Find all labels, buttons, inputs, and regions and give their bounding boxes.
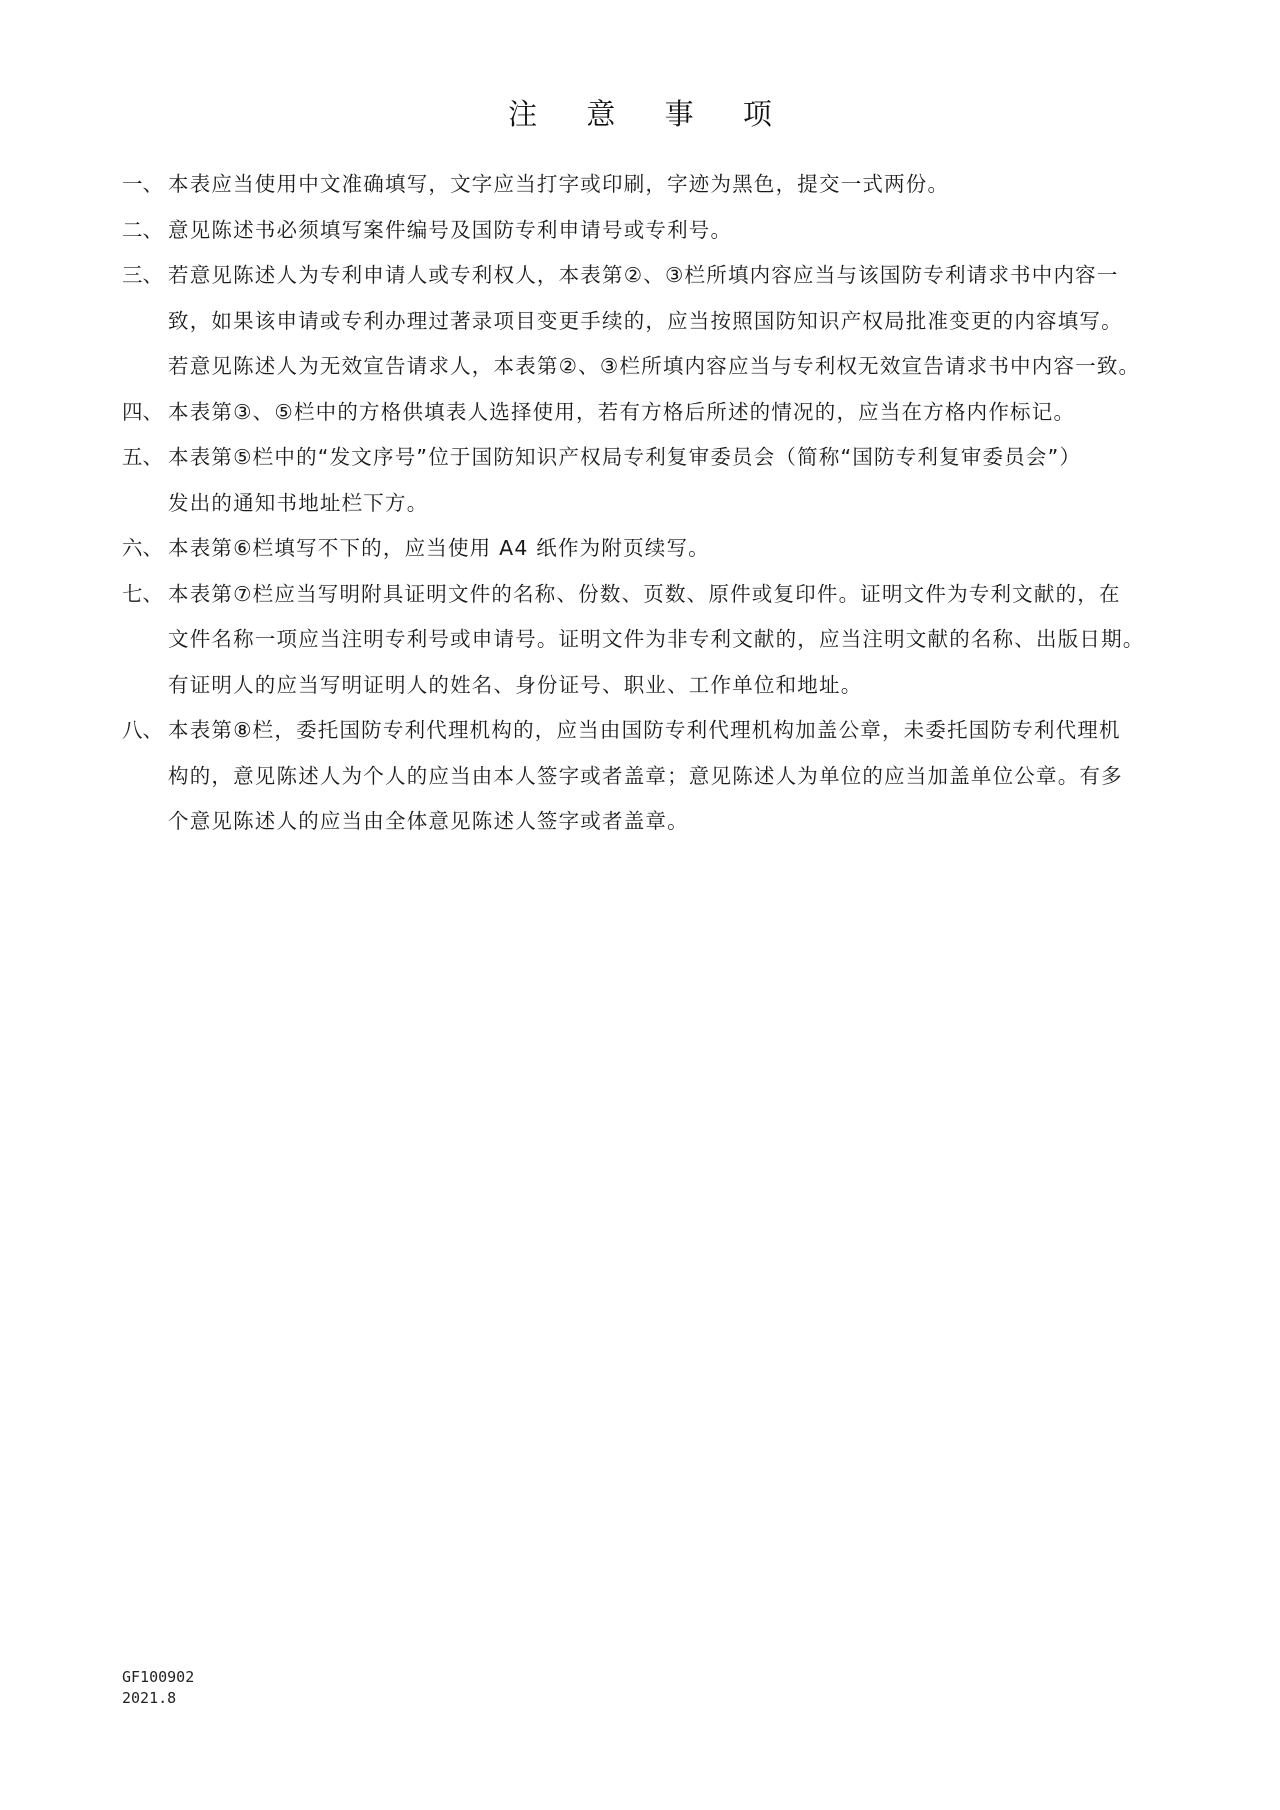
note-body: 本表第⑤栏中的“发文序号”位于国防知识产权局专利复审委员会（简称“国防专利复审委…	[168, 435, 1167, 526]
note-line: 个意见陈述人的应当由全体意见陈述人签字或者盖章。	[168, 799, 1167, 845]
form-code: GF100902	[122, 1667, 194, 1688]
note-line: 本表第⑧栏，委托国防专利代理机构的，应当由国防专利代理机构加盖公章，未委托国防专…	[168, 708, 1167, 754]
note-line: 本表第⑥栏填写不下的，应当使用 A4 纸作为附页续写。	[168, 526, 1167, 572]
note-number: 三、	[122, 253, 168, 390]
note-line: 文件名称一项应当注明专利号或申请号。证明文件为非专利文献的，应当注明文献的名称、…	[168, 617, 1167, 663]
note-body: 若意见陈述人为专利申请人或专利权人，本表第②、③栏所填内容应当与该国防专利请求书…	[168, 253, 1167, 390]
note-line: 若意见陈述人为专利申请人或专利权人，本表第②、③栏所填内容应当与该国防专利请求书…	[168, 253, 1167, 299]
note-item-2: 二、 意见陈述书必须填写案件编号及国防专利申请号或专利号。	[122, 208, 1167, 254]
note-item-8: 八、 本表第⑧栏，委托国防专利代理机构的，应当由国防专利代理机构加盖公章，未委托…	[122, 708, 1167, 845]
note-item-7: 七、 本表第⑦栏应当写明附具证明文件的名称、份数、页数、原件或复印件。证明文件为…	[122, 572, 1167, 709]
note-number: 八、	[122, 708, 168, 845]
note-line: 本表第⑦栏应当写明附具证明文件的名称、份数、页数、原件或复印件。证明文件为专利文…	[168, 572, 1167, 618]
form-version-date: 2021.8	[122, 1688, 194, 1709]
note-body: 本表第③、⑤栏中的方格供填表人选择使用，若有方格后所述的情况的，应当在方格内作标…	[168, 390, 1167, 436]
note-body: 意见陈述书必须填写案件编号及国防专利申请号或专利号。	[168, 208, 1167, 254]
page-title: 注 意 事 项	[0, 92, 1280, 133]
note-line: 本表第⑤栏中的“发文序号”位于国防知识产权局专利复审委员会（简称“国防专利复审委…	[168, 435, 1167, 481]
note-number: 二、	[122, 208, 168, 254]
note-number: 六、	[122, 526, 168, 572]
note-body: 本表第⑦栏应当写明附具证明文件的名称、份数、页数、原件或复印件。证明文件为专利文…	[168, 572, 1167, 709]
note-line: 意见陈述书必须填写案件编号及国防专利申请号或专利号。	[168, 208, 1167, 254]
document-page: 注 意 事 项 一、 本表应当使用中文准确填写，文字应当打字或印刷，字迹为黑色，…	[0, 0, 1280, 1810]
note-line: 构的，意见陈述人为个人的应当由本人签字或者盖章；意见陈述人为单位的应当加盖单位公…	[168, 754, 1167, 800]
note-line: 发出的通知书地址栏下方。	[168, 481, 1167, 527]
note-item-5: 五、 本表第⑤栏中的“发文序号”位于国防知识产权局专利复审委员会（简称“国防专利…	[122, 435, 1167, 526]
form-footer: GF100902 2021.8	[122, 1667, 194, 1709]
note-number: 一、	[122, 162, 168, 208]
notes-list: 一、 本表应当使用中文准确填写，文字应当打字或印刷，字迹为黑色，提交一式两份。 …	[122, 162, 1167, 845]
note-number: 七、	[122, 572, 168, 709]
note-line: 致，如果该申请或专利办理过著录项目变更手续的，应当按照国防知识产权局批准变更的内…	[168, 299, 1167, 345]
note-body: 本表第⑥栏填写不下的，应当使用 A4 纸作为附页续写。	[168, 526, 1167, 572]
note-line: 本表第③、⑤栏中的方格供填表人选择使用，若有方格后所述的情况的，应当在方格内作标…	[168, 390, 1167, 436]
note-item-4: 四、 本表第③、⑤栏中的方格供填表人选择使用，若有方格后所述的情况的，应当在方格…	[122, 390, 1167, 436]
note-line: 有证明人的应当写明证明人的姓名、身份证号、职业、工作单位和地址。	[168, 663, 1167, 709]
note-line: 若意见陈述人为无效宣告请求人，本表第②、③栏所填内容应当与专利权无效宣告请求书中…	[168, 344, 1167, 390]
note-item-6: 六、 本表第⑥栏填写不下的，应当使用 A4 纸作为附页续写。	[122, 526, 1167, 572]
note-body: 本表应当使用中文准确填写，文字应当打字或印刷，字迹为黑色，提交一式两份。	[168, 162, 1167, 208]
note-item-1: 一、 本表应当使用中文准确填写，文字应当打字或印刷，字迹为黑色，提交一式两份。	[122, 162, 1167, 208]
note-body: 本表第⑧栏，委托国防专利代理机构的，应当由国防专利代理机构加盖公章，未委托国防专…	[168, 708, 1167, 845]
note-line: 本表应当使用中文准确填写，文字应当打字或印刷，字迹为黑色，提交一式两份。	[168, 162, 1167, 208]
note-item-3: 三、 若意见陈述人为专利申请人或专利权人，本表第②、③栏所填内容应当与该国防专利…	[122, 253, 1167, 390]
note-number: 四、	[122, 390, 168, 436]
note-number: 五、	[122, 435, 168, 526]
